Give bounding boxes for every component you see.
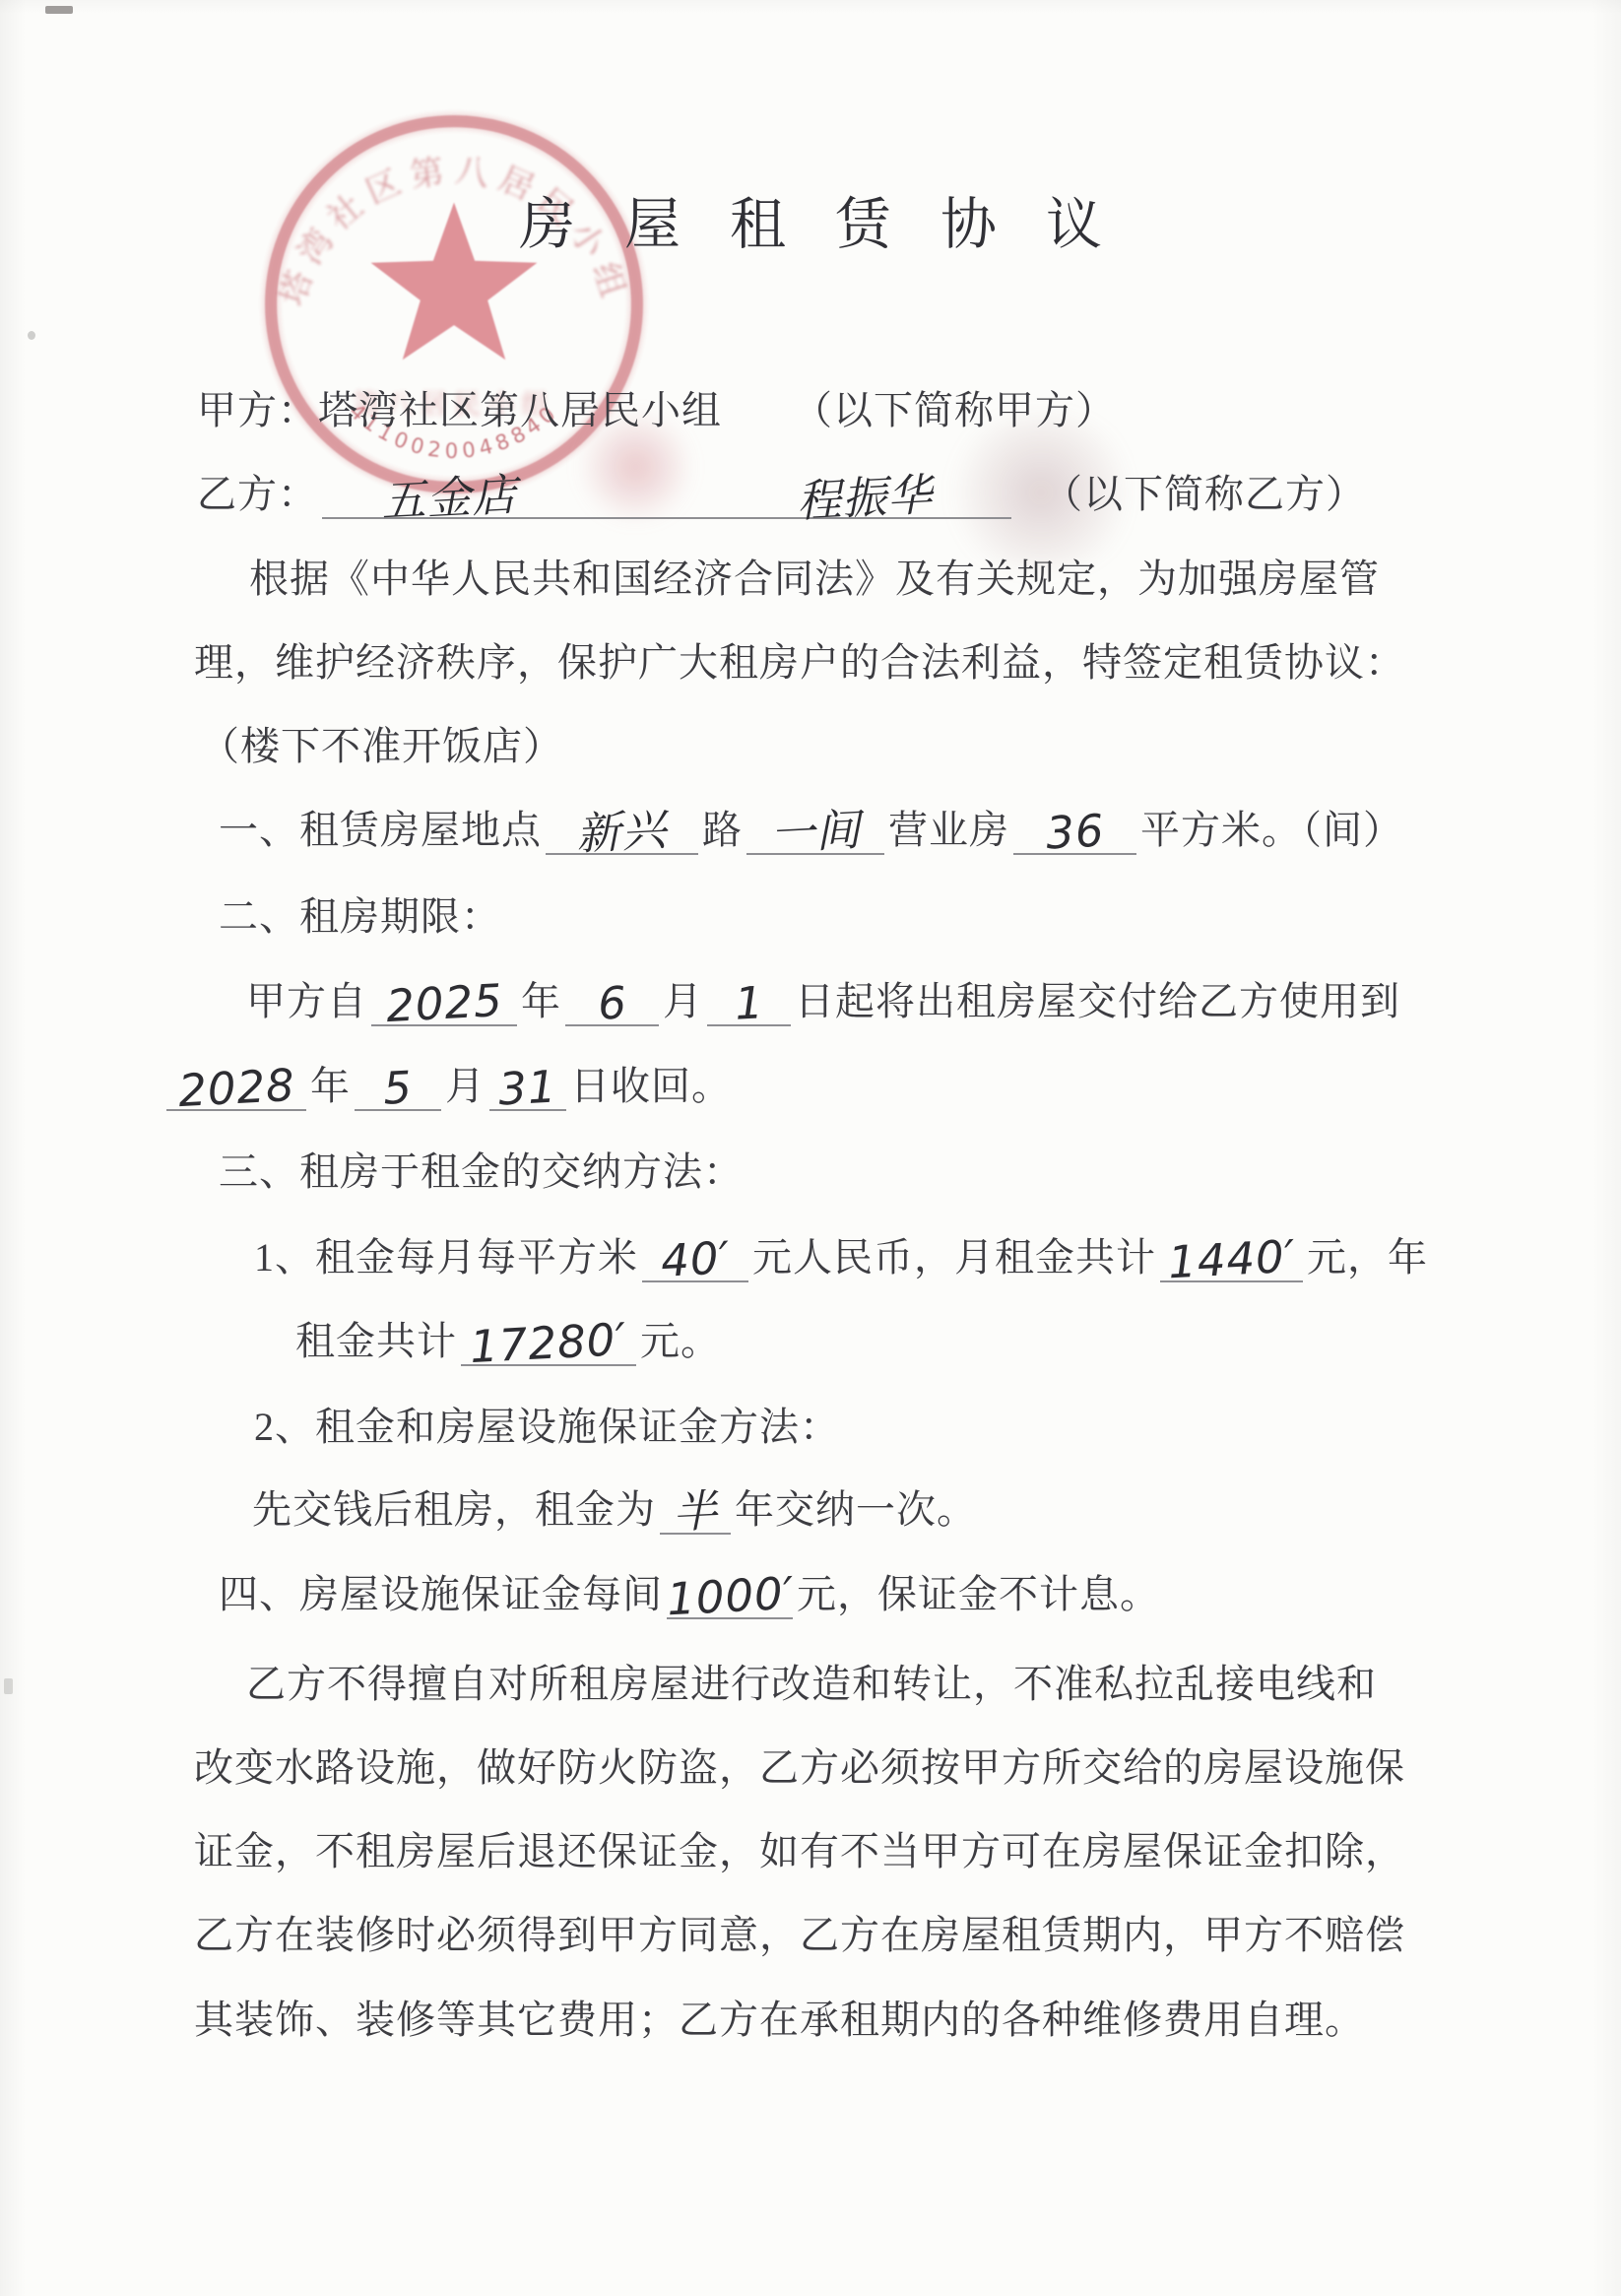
party-b-shop-handwriting: 五金店: [380, 473, 518, 523]
clause-1-prefix: 一、租赁房屋地点: [219, 808, 542, 852]
term-start-line: 甲方自2025年6月1日起将出租房屋交付给乙方使用到: [246, 977, 1400, 1026]
end-day-blank: 31: [489, 1064, 566, 1111]
road-label: 路: [702, 808, 743, 852]
party-b-person-handwriting: 程振华: [796, 473, 934, 523]
start-year-handwriting: 2025: [385, 979, 504, 1028]
deposit-amount-handwriting: 1000′: [666, 1572, 796, 1622]
start-day-handwriting: 1: [734, 981, 765, 1025]
party-a-label: 甲方：: [197, 388, 318, 432]
scanned-contract-page: 塔湾社区第八居民小组 第八居民小组 4110020048840 房屋租赁协议 甲…: [0, 0, 1621, 2296]
rooms-blank: 一间: [746, 808, 884, 855]
term-end-line: 2028年5月31日收回。: [162, 1062, 732, 1111]
end-year-blank: 2028: [166, 1064, 306, 1111]
clause-1-suffix: 平方米。（间）: [1140, 808, 1403, 852]
area-blank: 36: [1013, 808, 1136, 855]
preamble-line-2: 理，维护经济秩序，保护广大租房户的合法利益，特签定租赁协议：: [194, 638, 1405, 688]
preamble-line-1: 根据《中华人民共和国经济合同法》及有关规定，为加强房屋管: [249, 555, 1380, 604]
year-label: 年: [310, 1064, 351, 1108]
scan-speck: [28, 331, 35, 340]
monthly-rent-blank: 1440′: [1160, 1235, 1303, 1282]
party-b-alias: （以下简称乙方）: [1043, 472, 1366, 516]
rent-line-1: 1、租金每月每平方米40′元人民币，月租金共计1440′元，年: [254, 1233, 1428, 1282]
party-b-line: 乙方：五金店程振华（以下简称乙方）: [197, 470, 1366, 519]
clause-4-prefix: 四、房屋设施保证金每间: [219, 1572, 663, 1616]
rent-prefix: 1、租金每月每平方米: [254, 1235, 638, 1279]
rent-mid: 元人民币，月租金共计: [752, 1235, 1156, 1279]
clause-4-suffix: 元，保证金不计息。: [797, 1572, 1160, 1616]
month-label: 月: [663, 979, 703, 1023]
end-month-blank: 5: [355, 1064, 441, 1111]
yearly-rent-blank: 17280′: [461, 1319, 636, 1366]
terms-line: 乙方在装修时必须得到甲方同意，乙方在房屋租赁期内，甲方不赔偿: [194, 1911, 1405, 1960]
clause-3-heading: 三、租房于租金的交纳方法：: [219, 1148, 744, 1197]
clause-4-line: 四、房屋设施保证金每间1000′元，保证金不计息。: [219, 1570, 1160, 1619]
term-start-prefix: 甲方自: [246, 979, 367, 1023]
yearly-rent-suffix: 元。: [640, 1319, 721, 1363]
payment-interval-line: 先交钱后租房，租金为半年交纳一次。: [252, 1485, 977, 1535]
party-a-alias: （以下简称甲方）: [793, 388, 1116, 432]
year-label: 年: [521, 979, 561, 1023]
clause-1-mid: 营业房: [888, 808, 1009, 852]
yearly-rent-handwriting: 17280′: [469, 1318, 627, 1369]
term-end-suffix: 日收回。: [570, 1064, 732, 1108]
terms-line: 乙方不得擅自对所租房屋进行改造和转让，不准私拉乱接电线和: [246, 1660, 1377, 1709]
end-day-handwriting: 31: [497, 1065, 557, 1111]
term-start-suffix: 日起将出租房屋交付给乙方使用到: [795, 979, 1400, 1023]
start-day-blank: 1: [707, 979, 791, 1026]
deposit-amount-blank: 1000′: [667, 1572, 793, 1619]
start-month-handwriting: 6: [597, 981, 628, 1025]
scan-speck: [4, 1678, 13, 1694]
official-seal: 塔湾社区第八居民小组 第八居民小组 4110020048840: [256, 106, 652, 502]
interval-prefix: 先交钱后租房，租金为: [252, 1487, 656, 1532]
month-label: 月: [445, 1064, 486, 1108]
start-month-blank: 6: [565, 979, 659, 1026]
road-name-handwriting: 新兴: [576, 809, 669, 857]
interval-blank: 半: [660, 1487, 731, 1535]
rooms-handwriting: 一间: [769, 809, 862, 857]
start-year-blank: 2025: [371, 979, 517, 1026]
party-b-fill-blank: 五金店程振华: [322, 474, 1011, 519]
document-title: 房屋租赁协议: [0, 179, 1621, 260]
area-handwriting: 36: [1045, 809, 1105, 855]
terms-line: 其装饰、装修等其它费用；乙方在承租期内的各种维修费用自理。: [194, 1996, 1365, 2045]
end-month-handwriting: 5: [382, 1066, 414, 1110]
deposit-heading: 2、租金和房屋设施保证金方法：: [254, 1403, 840, 1452]
interval-suffix: 年交纳一次。: [735, 1487, 977, 1532]
rate-blank: 40′: [642, 1235, 748, 1282]
party-a-name: 塔湾社区第八居民小组: [318, 388, 722, 432]
rent-suffix: 元，年: [1307, 1235, 1428, 1279]
clause-2-heading: 二、租房期限：: [219, 892, 501, 942]
end-year-handwriting: 2028: [177, 1064, 296, 1113]
road-name-blank: 新兴: [546, 808, 698, 855]
rent-line-2: 租金共计17280′元。: [295, 1317, 721, 1366]
terms-line: 证金，不租房屋后退还保证金，如有不当甲方可在房屋保证金扣除，: [194, 1827, 1405, 1876]
clause-1-line: 一、租赁房屋地点新兴路一间营业房36平方米。（间）: [219, 806, 1403, 855]
rate-handwriting: 40′: [660, 1236, 732, 1283]
terms-line: 改变水路设施，做好防火防盗，乙方必须按甲方所交给的房屋设施保: [194, 1743, 1405, 1793]
party-a-line: 甲方：塔湾社区第八居民小组（以下简称甲方）: [197, 386, 1116, 435]
monthly-rent-handwriting: 1440′: [1167, 1235, 1297, 1285]
scan-speck: [45, 6, 73, 14]
yearly-rent-prefix: 租金共计: [295, 1319, 457, 1363]
interval-handwriting: 半: [672, 1489, 719, 1535]
party-b-label: 乙方：: [197, 472, 318, 516]
preamble-note: （楼下不准开饭店）: [200, 722, 563, 771]
